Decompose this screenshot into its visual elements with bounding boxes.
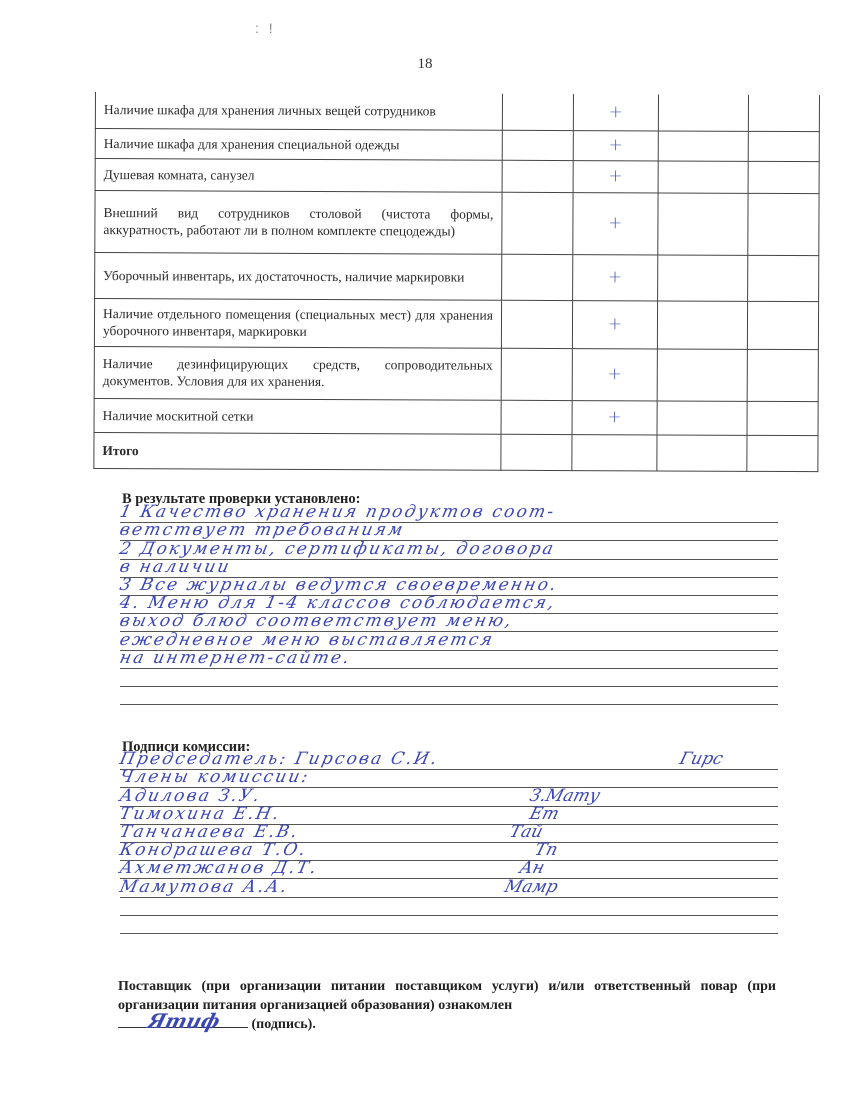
criterion-cell: Наличие отдельного помещения (специальны… [94,298,501,348]
table-row: Душевая комната, санузел+ [95,158,819,193]
criterion-cell: Уборочный инвентарь, их достаточность, н… [95,252,502,300]
member-signature: Ан [517,858,546,878]
inspection-table: Наличие шкафа для хранения личных вещей … [93,92,820,472]
table-row: Внешний вид сотрудников столовой (чистот… [95,190,819,255]
mark-cell: + [572,400,658,434]
handwritten-text: 2 Документы, сертификаты, договора [118,539,557,559]
commission-signatures-block: Председатель: Гирсова С.И.ГирсЧлены коми… [120,752,778,934]
mark-cell: + [572,348,658,400]
total-row: Итого [94,432,818,471]
scan-artifact: : ! [255,20,276,36]
mark-cell [501,400,572,434]
table-row: Наличие отдельного помещения (специальны… [94,298,818,349]
supplier-text: Поставщик (при организации питании поста… [118,979,776,1013]
criterion-cell: Наличие шкафа для хранения специальной о… [95,128,502,160]
mark-cell [749,95,820,131]
ruled-line [120,916,778,934]
mark-cell [747,349,818,401]
member-signature: Ет [527,804,561,824]
criterion-cell: Внешний вид сотрудников столовой (чистот… [95,190,502,254]
mark-cell [748,255,819,301]
total-cell [657,434,747,470]
total-cell [501,434,572,470]
mark-cell: + [572,192,658,254]
ruled-line [120,687,778,705]
mark-cell [502,130,573,160]
mark-cell [659,94,749,130]
supplier-signature: Ятиф [145,1012,221,1031]
total-label: Итого [94,432,501,470]
handwritten-text: выход блюд соответствует меню, [118,611,515,631]
mark-cell [658,300,748,348]
findings-handwritten-block: 1 Качество хранения продуктов соот-ветст… [120,505,778,705]
mark-cell [658,192,748,254]
page-number: 18 [0,56,850,73]
ruled-line [120,898,778,916]
mark-cell [748,193,819,255]
mark-cell [748,301,819,349]
mark-cell [658,130,748,160]
ruled-line: на интернет-сайте. [120,651,778,669]
handwritten-text: ветствует требованиям [118,520,407,540]
member-name: Ахметжанов Д.Т. [118,858,320,878]
table-row: Наличие шкафа для хранения специальной о… [95,128,819,161]
mark-cell [501,300,572,348]
mark-cell [657,348,747,400]
ruled-line: Мамутова А.А.Мамр [120,879,778,897]
criterion-cell: Наличие дезинфицирующих средств, сопрово… [94,346,501,400]
handwritten-text: в наличии [118,557,233,577]
mark-cell [748,161,819,193]
mark-cell: + [572,254,658,300]
table-row: Наличие москитной сетки+ [94,398,818,435]
mark-cell: + [573,94,659,130]
mark-cell [658,254,748,300]
supplier-signature-line: Ятиф [118,1015,248,1028]
member-name: Танчанаева Е.В. [118,822,301,842]
mark-cell [502,94,573,130]
member-signature: Мамр [502,877,560,897]
table-row: Наличие шкафа для хранения личных вещей … [95,92,819,131]
criterion-cell: Наличие шкафа для хранения личных вещей … [95,92,502,130]
supplier-acknowledgement: Поставщик (при организации питании поста… [118,977,776,1034]
signature-caption: (подпись). [252,1017,316,1032]
mark-cell [502,160,573,192]
mark-cell [502,192,573,254]
member-name: Адилова З.У. [118,786,263,806]
mark-cell [747,401,818,435]
handwritten-text: на интернет-сайте. [118,648,353,668]
mark-cell [502,254,573,300]
handwritten-text: 3 Все журналы ведутся своевременно. [118,575,560,595]
member-name: Члены комиссии: [118,767,312,787]
total-cell [571,434,657,470]
table-row: Наличие дезинфицирующих средств, сопрово… [94,346,818,401]
criterion-cell: Наличие москитной сетки [94,398,501,434]
criterion-cell: Душевая комната, санузел [95,158,502,192]
member-signature: Тай [507,822,545,842]
mark-cell [658,160,748,192]
member-name: Мамутова А.А. [118,877,291,897]
member-signature: З.Мату [527,786,602,806]
mark-cell: + [573,130,659,160]
mark-cell: + [573,160,659,192]
mark-cell [749,131,820,161]
ruled-line [120,669,778,687]
member-name: Тимохина Е.Н. [118,804,283,824]
table-row: Уборочный инвентарь, их достаточность, н… [95,252,819,301]
mark-cell: + [572,300,658,348]
member-signature: Гирс [677,749,725,769]
handwritten-text: ежедневное меню выставляется [118,630,496,650]
mark-cell [657,400,747,434]
mark-cell [501,348,572,400]
total-cell [747,435,818,471]
